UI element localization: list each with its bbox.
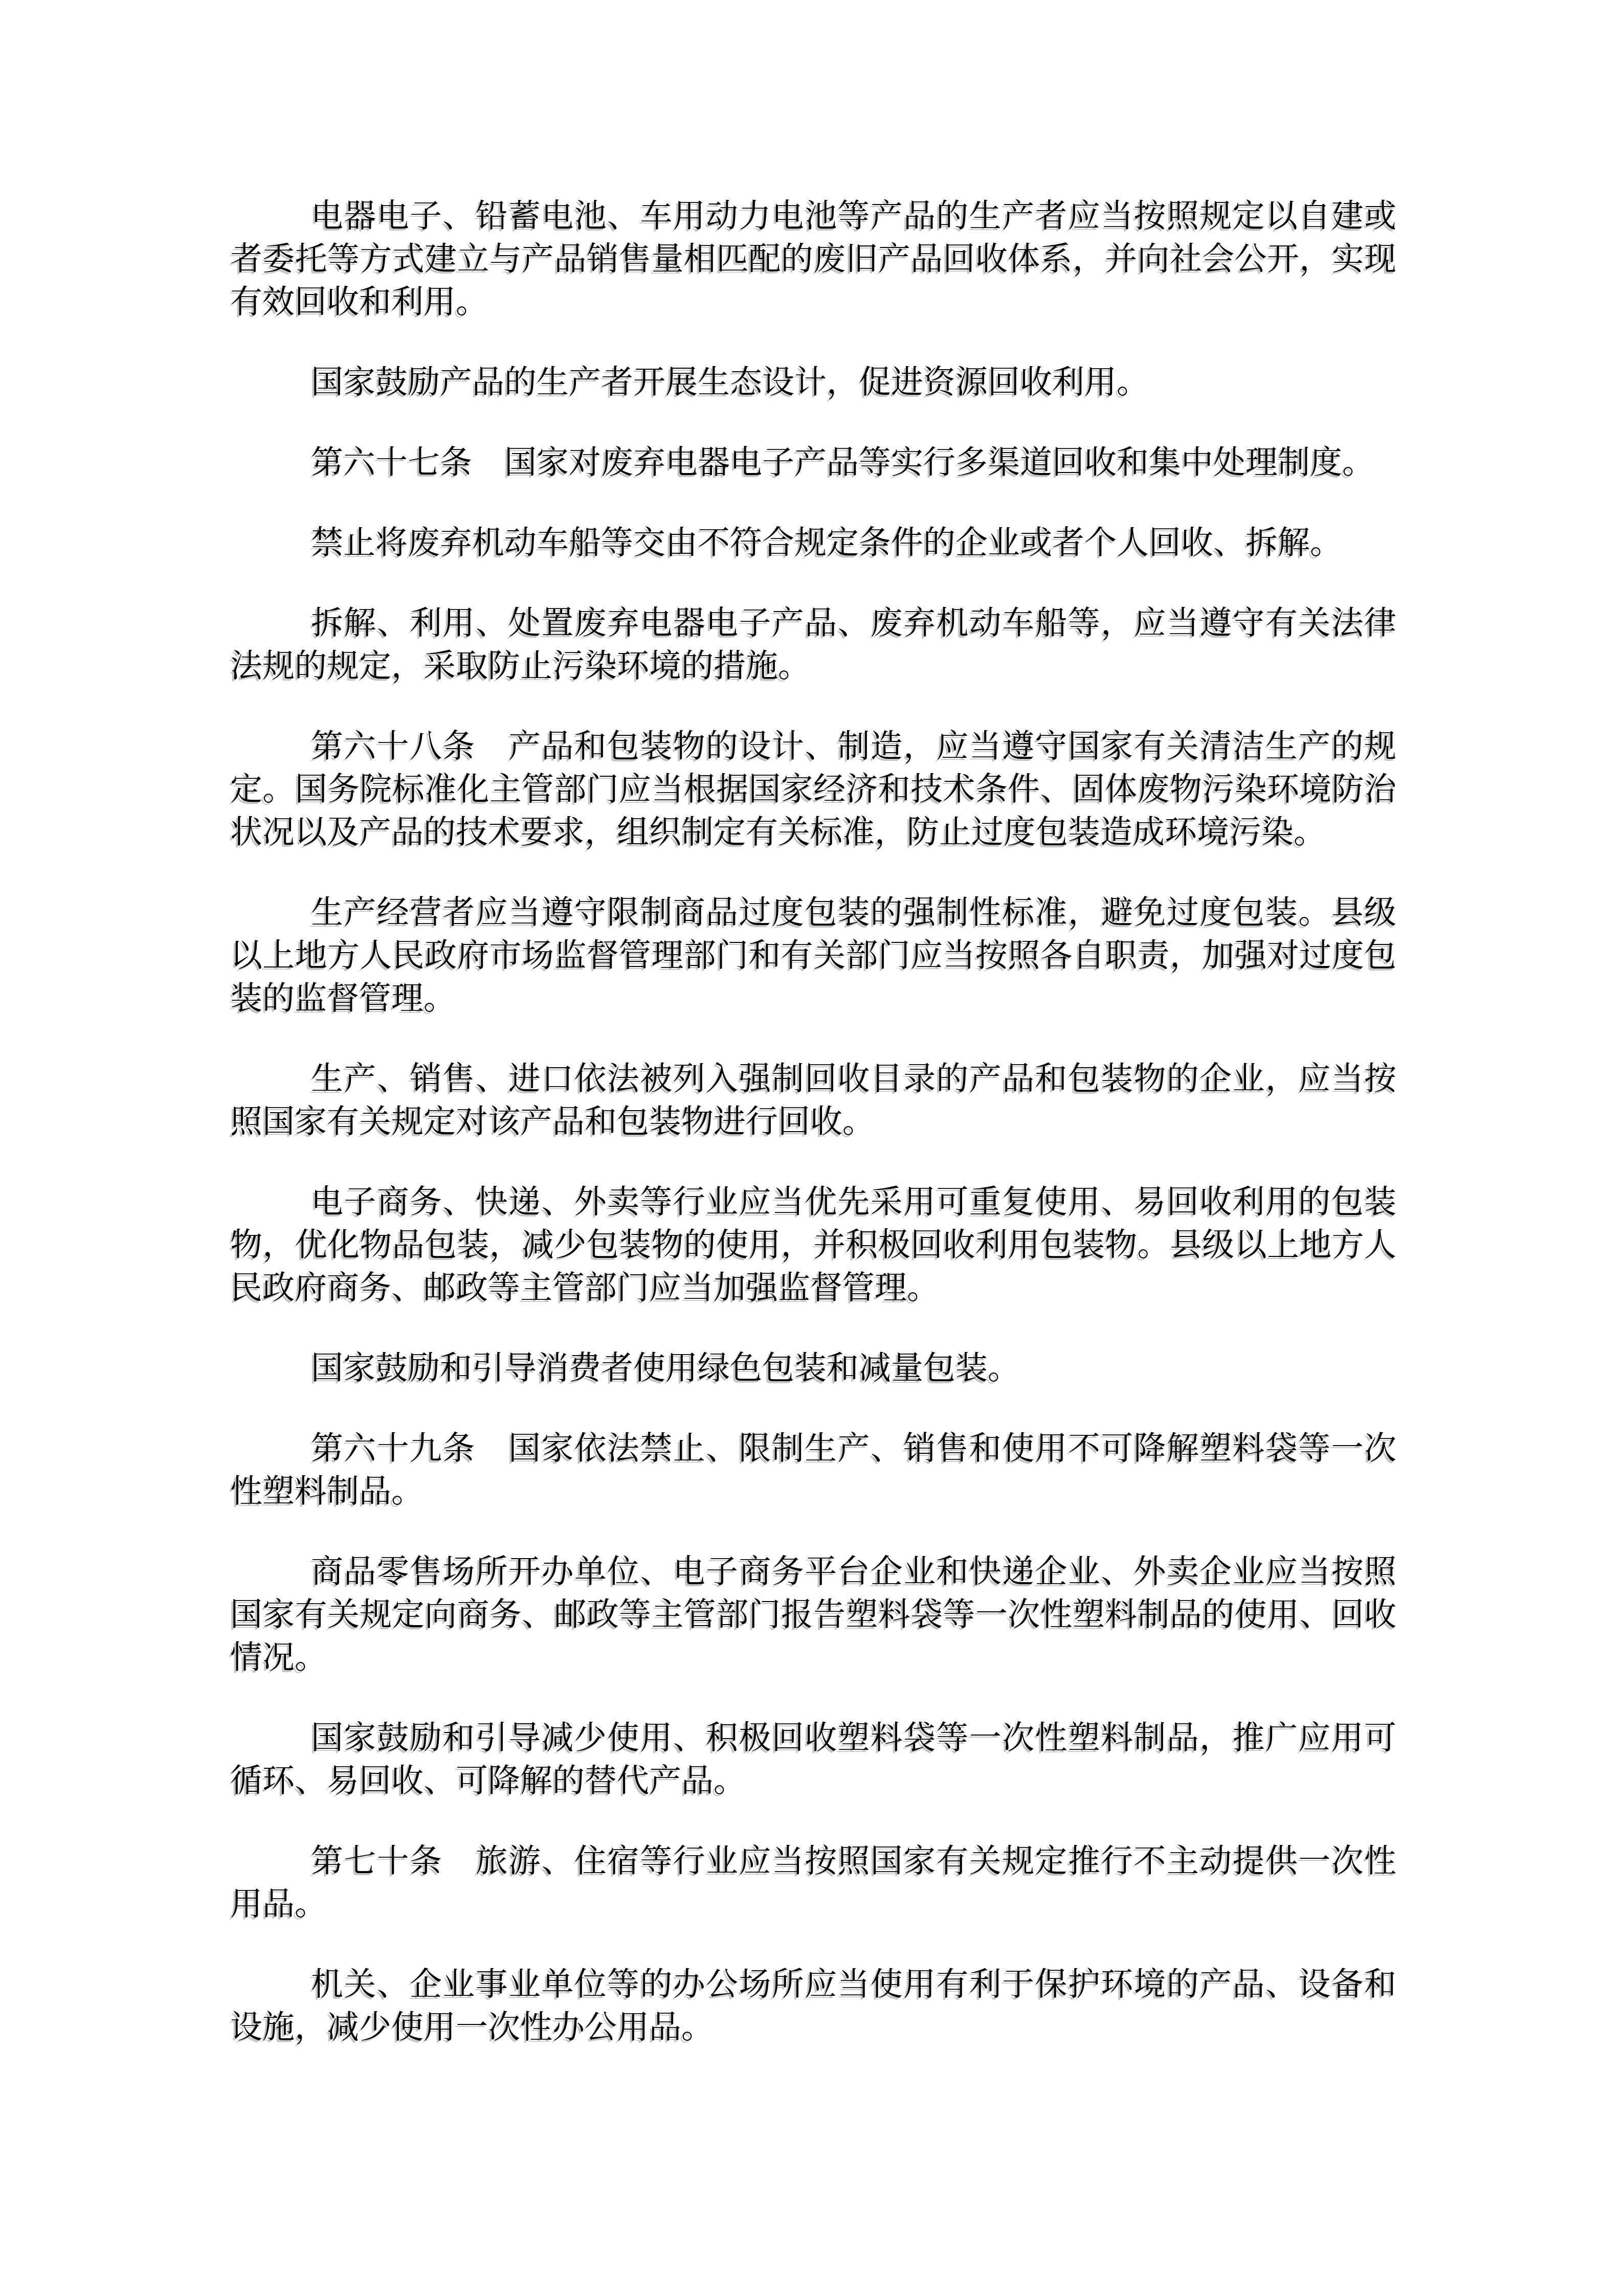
doc-paragraph-vehicle-ban: 禁止将废弃机动车船等交由不符合规定条件的企业或者个人回收、拆解。 <box>230 521 1396 564</box>
doc-paragraph-green-packaging: 国家鼓励和引导消费者使用绿色包装和减量包装。 <box>230 1346 1396 1389</box>
doc-paragraph-dismantling-rules: 拆解、利用、处置废弃电器电子产品、废弃机动车船等，应当遵守有关法律法规的规定，采… <box>230 601 1396 687</box>
document-body: 电器电子、铅蓄电池、车用动力电池等产品的生产者应当按照规定以自建或者委托等方式建… <box>230 194 1396 2049</box>
doc-paragraph-article-69: 第六十九条 国家依法禁止、限制生产、销售和使用不可降解塑料袋等一次性塑料制品。 <box>230 1427 1396 1513</box>
doc-paragraph-recycling-system: 电器电子、铅蓄电池、车用动力电池等产品的生产者应当按照规定以自建或者委托等方式建… <box>230 194 1396 323</box>
doc-paragraph-plastic-reporting: 商品零售场所开办单位、电子商务平台企业和快递企业、外卖企业应当按照国家有关规定向… <box>230 1550 1396 1679</box>
doc-paragraph-ecommerce-packaging: 电子商务、快递、外卖等行业应当优先采用可重复使用、易回收利用的包装物，优化物品包… <box>230 1180 1396 1309</box>
doc-paragraph-article-70: 第七十条 旅游、住宿等行业应当按照国家有关规定推行不主动提供一次性用品。 <box>230 1839 1396 1925</box>
doc-paragraph-article-67: 第六十七条 国家对废弃电器电子产品等实行多渠道回收和集中处理制度。 <box>230 441 1396 484</box>
doc-paragraph-eco-design: 国家鼓励产品的生产者开展生态设计，促进资源回收利用。 <box>230 361 1396 403</box>
doc-paragraph-article-68: 第六十八条 产品和包装物的设计、制造，应当遵守国家有关清洁生产的规定。国务院标准… <box>230 725 1396 853</box>
doc-paragraph-overpackaging-standard: 生产经营者应当遵守限制商品过度包装的强制性标准，避免过度包装。县级以上地方人民政… <box>230 891 1396 1020</box>
doc-paragraph-plastic-alternatives: 国家鼓励和引导减少使用、积极回收塑料袋等一次性塑料制品，推广应用可循环、易回收、… <box>230 1716 1396 1802</box>
document-page: 电器电子、铅蓄电池、车用动力电池等产品的生产者应当按照规定以自建或者委托等方式建… <box>0 0 1624 2296</box>
doc-paragraph-office-supplies: 机关、企业事业单位等的办公场所应当使用有利于保护环境的产品、设备和设施，减少使用… <box>230 1963 1396 2049</box>
doc-paragraph-mandatory-recycling-catalog: 生产、销售、进口依法被列入强制回收目录的产品和包装物的企业，应当按照国家有关规定… <box>230 1057 1396 1143</box>
